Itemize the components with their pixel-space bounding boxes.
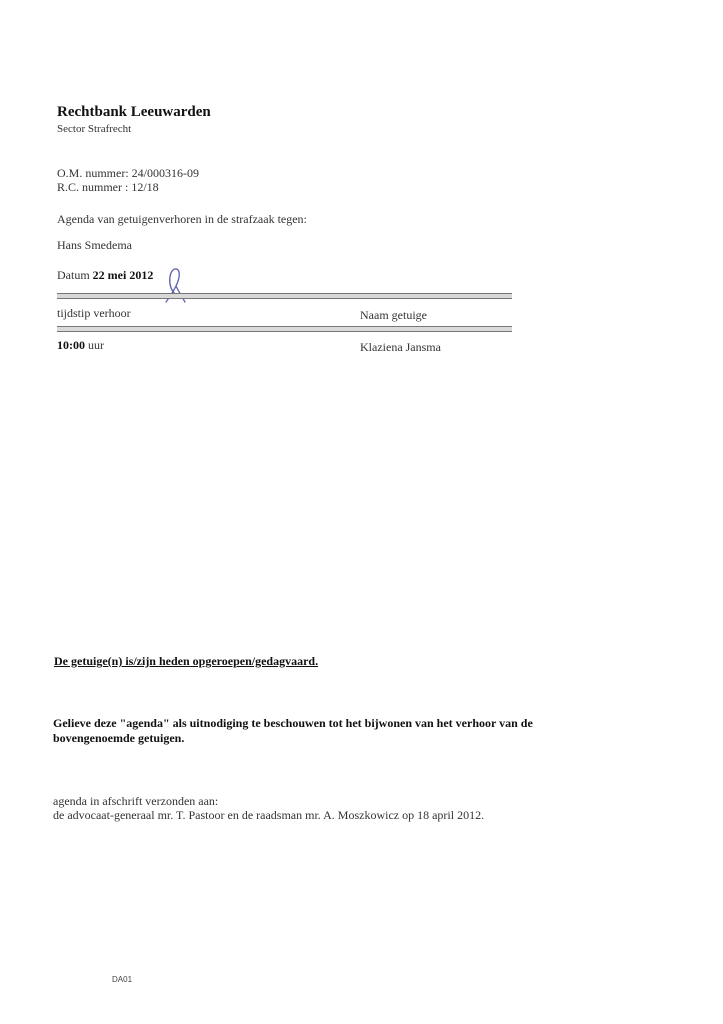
- agenda-intro: Agenda van getuigenverhoren in de strafz…: [57, 212, 307, 227]
- table-top-rule: [57, 293, 512, 299]
- time-suffix: uur: [85, 338, 104, 352]
- copy-intro: agenda in afschrift verzonden aan:: [53, 794, 218, 809]
- hearing-date: Datum 22 mei 2012: [57, 268, 153, 283]
- hearing-time: 10:00 uur: [57, 338, 104, 353]
- column-header-time: tijdstip verhoor: [57, 306, 131, 321]
- time-value: 10:00: [57, 338, 85, 352]
- witness-name: Klaziena Jansma: [360, 340, 441, 355]
- court-name: Rechtbank Leeuwarden: [57, 104, 211, 121]
- court-sector: Sector Strafrecht: [57, 123, 131, 135]
- summons-notice: De getuige(n) is/zijn heden opgeroepen/g…: [54, 654, 318, 669]
- invitation-text: Gelieve deze "agenda" als uitnodiging te…: [53, 716, 593, 746]
- copy-recipients: de advocaat-generaal mr. T. Pastoor en d…: [53, 808, 484, 823]
- column-header-witness: Naam getuige: [360, 308, 427, 323]
- form-code: DA01: [112, 975, 132, 984]
- defendant-name: Hans Smedema: [57, 238, 132, 253]
- table-header-rule: [57, 326, 512, 332]
- date-label: Datum: [57, 268, 93, 282]
- rc-number: R.C. nummer : 12/18: [57, 180, 159, 195]
- date-value: 22 mei 2012: [93, 268, 154, 282]
- om-number: O.M. nummer: 24/000316-09: [57, 166, 199, 181]
